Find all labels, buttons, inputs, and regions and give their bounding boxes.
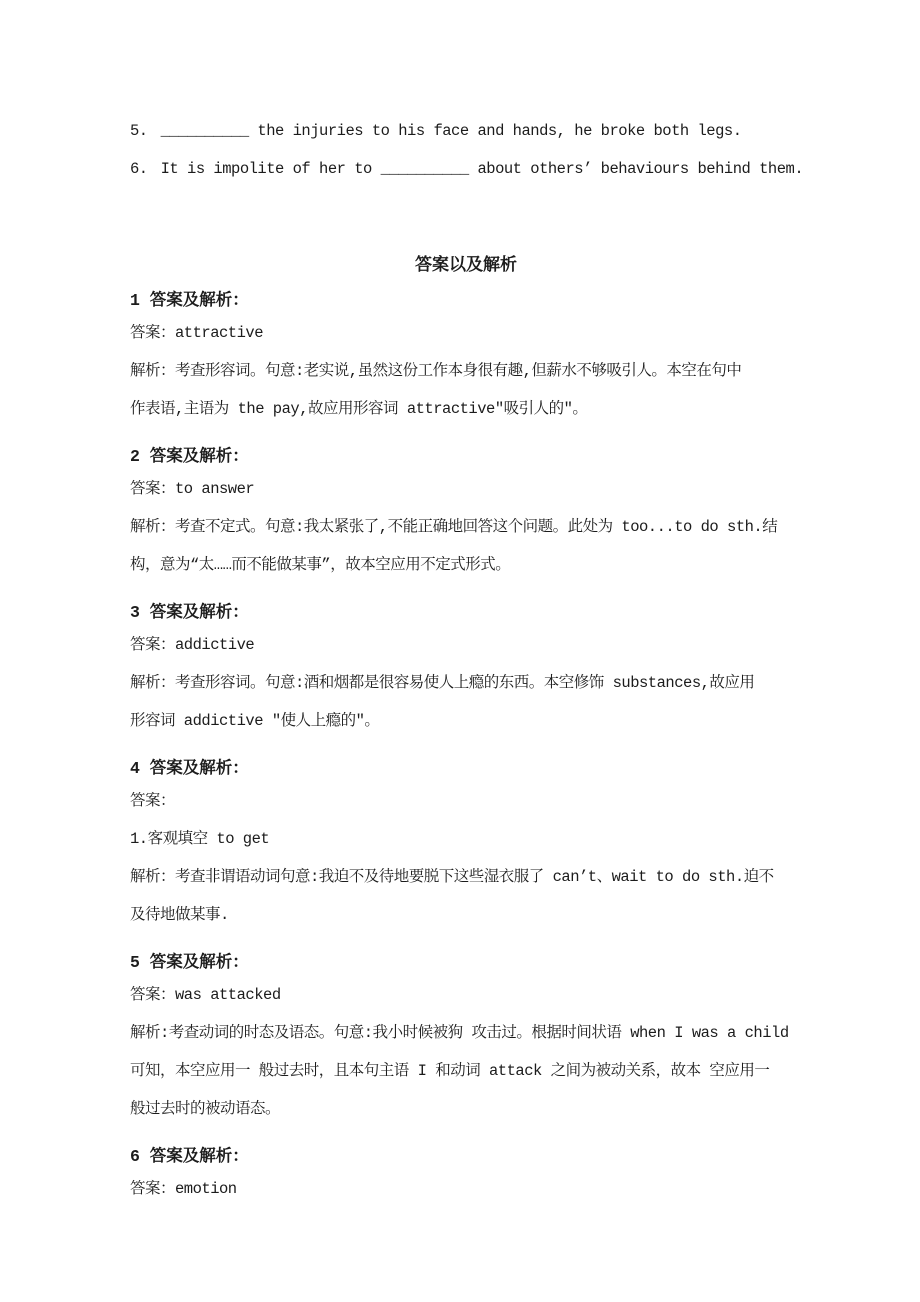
analysis-line: 构，意为“太……而不能做某事”，故本空应用不定式形式。 [130,546,802,584]
answer-line: 答案： [130,782,802,820]
answer-section-2: 2 答案及解析： 答案：to answer 解析：考查不定式。句意:我太紧张了,… [130,444,802,584]
section-heading: 1 答案及解析： [130,288,802,314]
analysis-line: 及待地做某事. [130,896,802,934]
question-number: 6. [130,150,148,188]
analysis-line: 可知，本空应用一 般过去时，且本句主语 I 和动词 attack 之间为被动关系… [130,1052,802,1090]
question-text: __________ the injuries to his face and … [161,112,742,150]
section-heading: 6 答案及解析： [130,1144,802,1170]
analysis-line: 作表语,主语为 the pay,故应用形容词 attractive″吸引人的″。 [130,390,802,428]
section-heading: 4 答案及解析： [130,756,802,782]
answer-line: 答案：to answer [130,470,802,508]
section-heading: 3 答案及解析： [130,600,802,626]
question-number: 5. [130,112,148,150]
document-content: 5. __________ the injuries to his face a… [0,0,920,1208]
document-page: 5. __________ the injuries to his face a… [0,0,920,1302]
analysis-line: 解析：考查非谓语动词句意:我迫不及待地要脱下这些湿衣服了 can’t、wait … [130,858,802,896]
analysis-line: 解析：考查形容词。句意:老实说,虽然这份工作本身很有趣,但薪水不够吸引人。本空在… [130,352,802,390]
analysis-line: 般过去时的被动语态。 [130,1090,802,1128]
answer-section-6: 6 答案及解析： 答案：emotion [130,1144,802,1208]
answer-section-5: 5 答案及解析： 答案：was attacked 解析:考查动词的时态及语态。句… [130,950,802,1128]
answer-section-1: 1 答案及解析： 答案：attractive 解析：考查形容词。句意:老实说,虽… [130,288,802,428]
question-item-6: 6. It is impolite of her to __________ a… [130,150,802,188]
answers-title: 答案以及解析 [130,252,802,282]
section-heading: 5 答案及解析： [130,950,802,976]
answer-line: 答案：attractive [130,314,802,352]
analysis-line: 解析:考查动词的时态及语态。句意:我小时候被狗 攻击过。根据时间状语 when … [130,1014,802,1052]
analysis-line: 解析：考查不定式。句意:我太紧张了,不能正确地回答这个问题。此处为 too...… [130,508,802,546]
answer-section-4: 4 答案及解析： 答案： 1.客观填空 to get 解析：考查非谓语动词句意:… [130,756,802,934]
answer-line: 1.客观填空 to get [130,820,802,858]
answer-line: 答案：was attacked [130,976,802,1014]
answer-section-3: 3 答案及解析： 答案：addictive 解析：考查形容词。句意:酒和烟都是很… [130,600,802,740]
answer-line: 答案：emotion [130,1170,802,1208]
analysis-line: 解析：考查形容词。句意:酒和烟都是很容易使人上瘾的东西。本空修饰 substan… [130,664,802,702]
question-text: It is impolite of her to __________ abou… [161,150,804,188]
question-item-5: 5. __________ the injuries to his face a… [130,112,802,150]
analysis-line: 形容词 addictive ″使人上瘾的″。 [130,702,802,740]
answer-line: 答案：addictive [130,626,802,664]
section-heading: 2 答案及解析： [130,444,802,470]
